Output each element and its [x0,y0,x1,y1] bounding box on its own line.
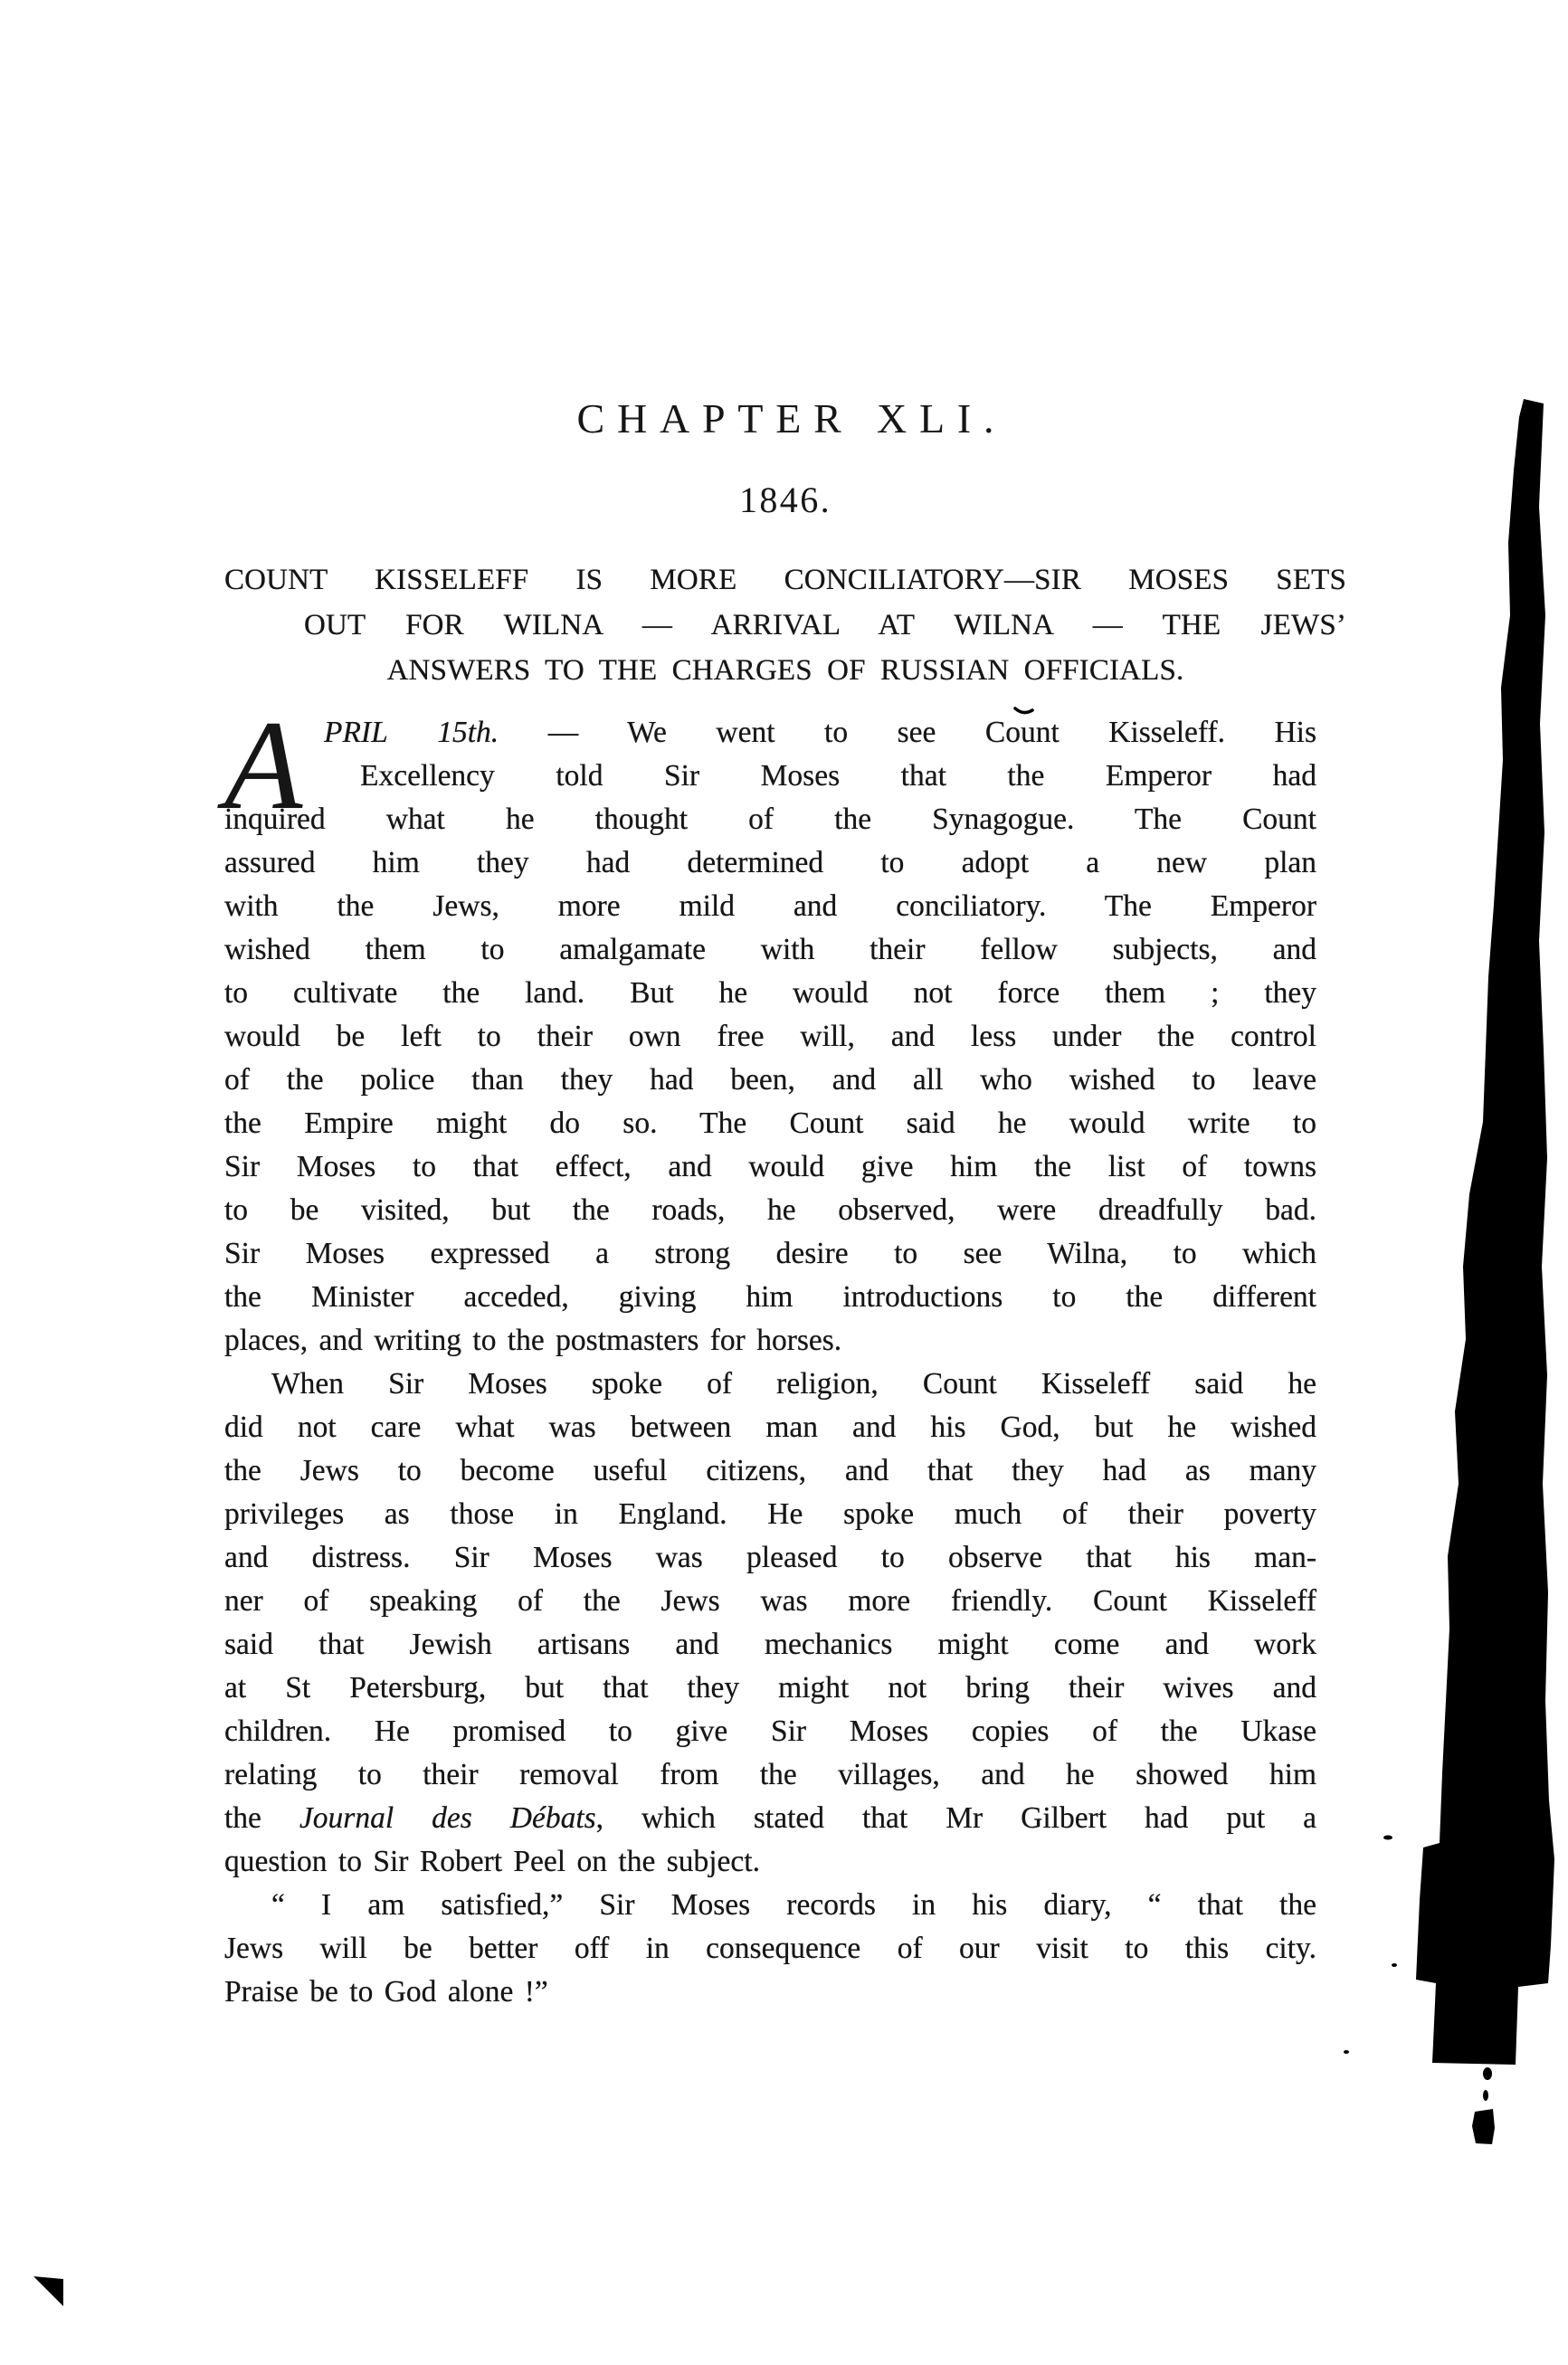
ink-drip [1483,2090,1488,2101]
body-line: and distress. Sir Moses was pleased to o… [224,1536,1316,1580]
line-text: the [224,1801,261,1835]
body-line: assured him they had determined to adopt… [224,841,1316,885]
summary-line: COUNT KISSELEFF IS MORE CONCILIATORY—SIR… [224,557,1346,603]
body-line: wished them to amalgamate with their fel… [224,928,1316,972]
body-line: Jews will be better off in consequence o… [224,1927,1316,1971]
body-line: “ I am satisfied,” Sir Moses records in … [224,1884,1316,1927]
ink-speck [1383,1836,1392,1840]
body-line: said that Jewish artisans and mechanics … [224,1623,1316,1667]
drop-cap: A [224,720,302,811]
body-line: the Minister acceded, giving him introdu… [224,1276,1316,1319]
chapter-title: CHAPTER XLI. [224,394,1346,442]
summary-line: ANSWERS TO THE CHARGES OF RUSSIAN OFFICI… [224,648,1346,693]
ink-speck [1392,1963,1397,1967]
body-line: Sir Moses expressed a strong desire to s… [224,1232,1316,1276]
body-line: the Empire might do so. The Count said h… [224,1102,1316,1145]
chapter-summary: COUNT KISSELEFF IS MORE CONCILIATORY—SIR… [224,557,1346,693]
body-line: to cultivate the land. But he would not … [224,972,1316,1015]
body-line: Sir Moses to that effect, and would give… [224,1145,1316,1189]
body-line: the Journal des Débats, which stated tha… [224,1797,1316,1840]
line-text: — We went to see Count Kisseleff. His [548,716,1316,749]
body-line: did not care what was between man and hi… [224,1406,1316,1449]
body-line: at St Petersburg, but that they might no… [224,1667,1316,1710]
line-text: , which stated that Mr Gilbert had put a [596,1801,1316,1835]
body-line: to be visited, but the roads, he observe… [224,1189,1316,1232]
text-column: A PRIL 15th. — We went to see Count Kiss… [224,711,1316,2014]
italic-text: PRIL [324,716,388,749]
ink-blot [1416,399,1554,2065]
body-line: the Jews to become useful citizens, and … [224,1449,1316,1493]
italic-text: 15th. [437,716,499,749]
ink-speck [1344,2050,1349,2054]
body-line: of the police than they had been, and al… [224,1059,1316,1102]
body-line: relating to their removal from the villa… [224,1753,1316,1797]
ink-smudge [1472,2109,1495,2144]
body-line: places, and writing to the postmasters f… [224,1319,1316,1363]
ink-drip [1483,2067,1492,2080]
body-line: children. He promised to give Sir Moses … [224,1710,1316,1753]
summary-line: OUT FOR WILNA — ARRIVAL AT WILNA — THE J… [224,603,1346,648]
body-line: ner of speaking of the Jews was more fri… [224,1580,1316,1623]
body-line: inquired what he thought of the Synagogu… [224,798,1316,841]
body-line: PRIL 15th. — We went to see Count Kissel… [224,711,1316,755]
body-line: Praise be to God alone !” [224,1971,1316,2014]
body-line: question to Sir Robert Peel on the subje… [224,1840,1316,1884]
page-corner-mark [33,2276,63,2306]
body-line: would be left to their own free will, an… [224,1015,1316,1059]
journal-title-italic: Journal des Débats [299,1801,596,1835]
book-page: CHAPTER XLI. 1846. COUNT KISSELEFF IS MO… [0,0,1568,2365]
chapter-header: CHAPTER XLI. 1846. COUNT KISSELEFF IS MO… [224,394,1346,693]
chapter-year: 1846. [224,479,1346,521]
body-line: privileges as those in England. He spoke… [224,1493,1316,1536]
body-line: When Sir Moses spoke of religion, Count … [224,1363,1316,1406]
body-line: with the Jews, more mild and conciliator… [224,885,1316,928]
body-line: Excellency told Sir Moses that the Emper… [224,755,1316,798]
